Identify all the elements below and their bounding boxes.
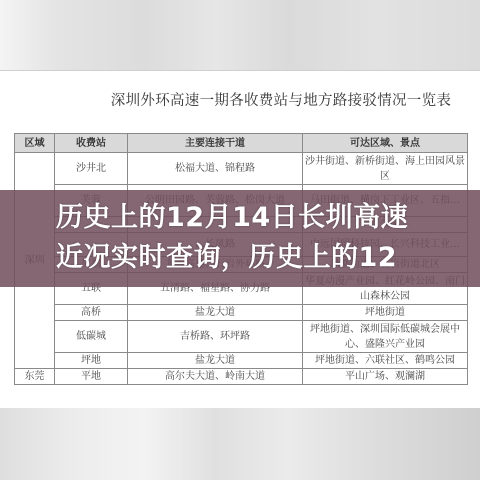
- station-cell: 平地: [55, 369, 128, 385]
- header-roads: 主要连接干道: [128, 134, 303, 153]
- header-station: 收费站: [55, 134, 128, 153]
- document-title: 深圳外环高速一期各收费站与地方路接驳情况一览表: [96, 89, 466, 110]
- table-row: 东莞 平地 高尔夫大道、岭南大道 平山广场、观澜湖: [15, 369, 468, 385]
- blurred-bottom-band: [0, 408, 480, 480]
- table-row: 低碳城 吉桥路、环坪路 坪地街道、深圳国际低碳城会展中心、盛隆兴产业园: [15, 321, 468, 353]
- destinations-cell: 坪地街道、深圳国际低碳城会展中心、盛隆兴产业园: [303, 321, 468, 353]
- destinations-cell: 平山广场、观澜湖: [303, 369, 468, 385]
- destinations-cell: 坪地街道、六联社区、鹤鸣公园: [303, 353, 468, 369]
- header-region: 区域: [15, 134, 55, 153]
- table-row: 高桥 盐龙大道 坪地街道: [15, 305, 468, 321]
- header-destinations: 可达区域、景点: [303, 134, 468, 153]
- headline-line-1: 历史上的12月14日长圳高速: [56, 198, 476, 238]
- table-row: 深圳 沙井北 松福大道、锦程路 沙井街道、新桥街道、海上田园风景区: [15, 153, 468, 185]
- destinations-cell: 沙井街道、新桥街道、海上田园风景区: [303, 153, 468, 185]
- station-cell: 坪地: [55, 353, 128, 369]
- headline: 历史上的12月14日长圳高速 近况实时查询，历史上的12: [56, 198, 476, 278]
- roads-cell: 盐龙大道: [128, 353, 303, 369]
- headline-line-2: 近况实时查询，历史上的12: [56, 238, 476, 278]
- table-header-row: 区域 收费站 主要连接干道 可达区域、景点: [15, 134, 468, 153]
- roads-cell: 松福大道、锦程路: [128, 153, 303, 185]
- region-cell: 东莞: [15, 369, 55, 385]
- roads-cell: 盐龙大道: [128, 305, 303, 321]
- station-cell: 沙井北: [55, 153, 128, 185]
- roads-cell: 吉桥路、环坪路: [128, 321, 303, 353]
- blurred-top-band: [0, 0, 480, 71]
- table-row: 坪地 盐龙大道 坪地街道、六联社区、鹤鸣公园: [15, 353, 468, 369]
- station-cell: 低碳城: [55, 321, 128, 353]
- roads-cell: 高尔夫大道、岭南大道: [128, 369, 303, 385]
- station-cell: 高桥: [55, 305, 128, 321]
- destinations-cell: 坪地街道: [303, 305, 468, 321]
